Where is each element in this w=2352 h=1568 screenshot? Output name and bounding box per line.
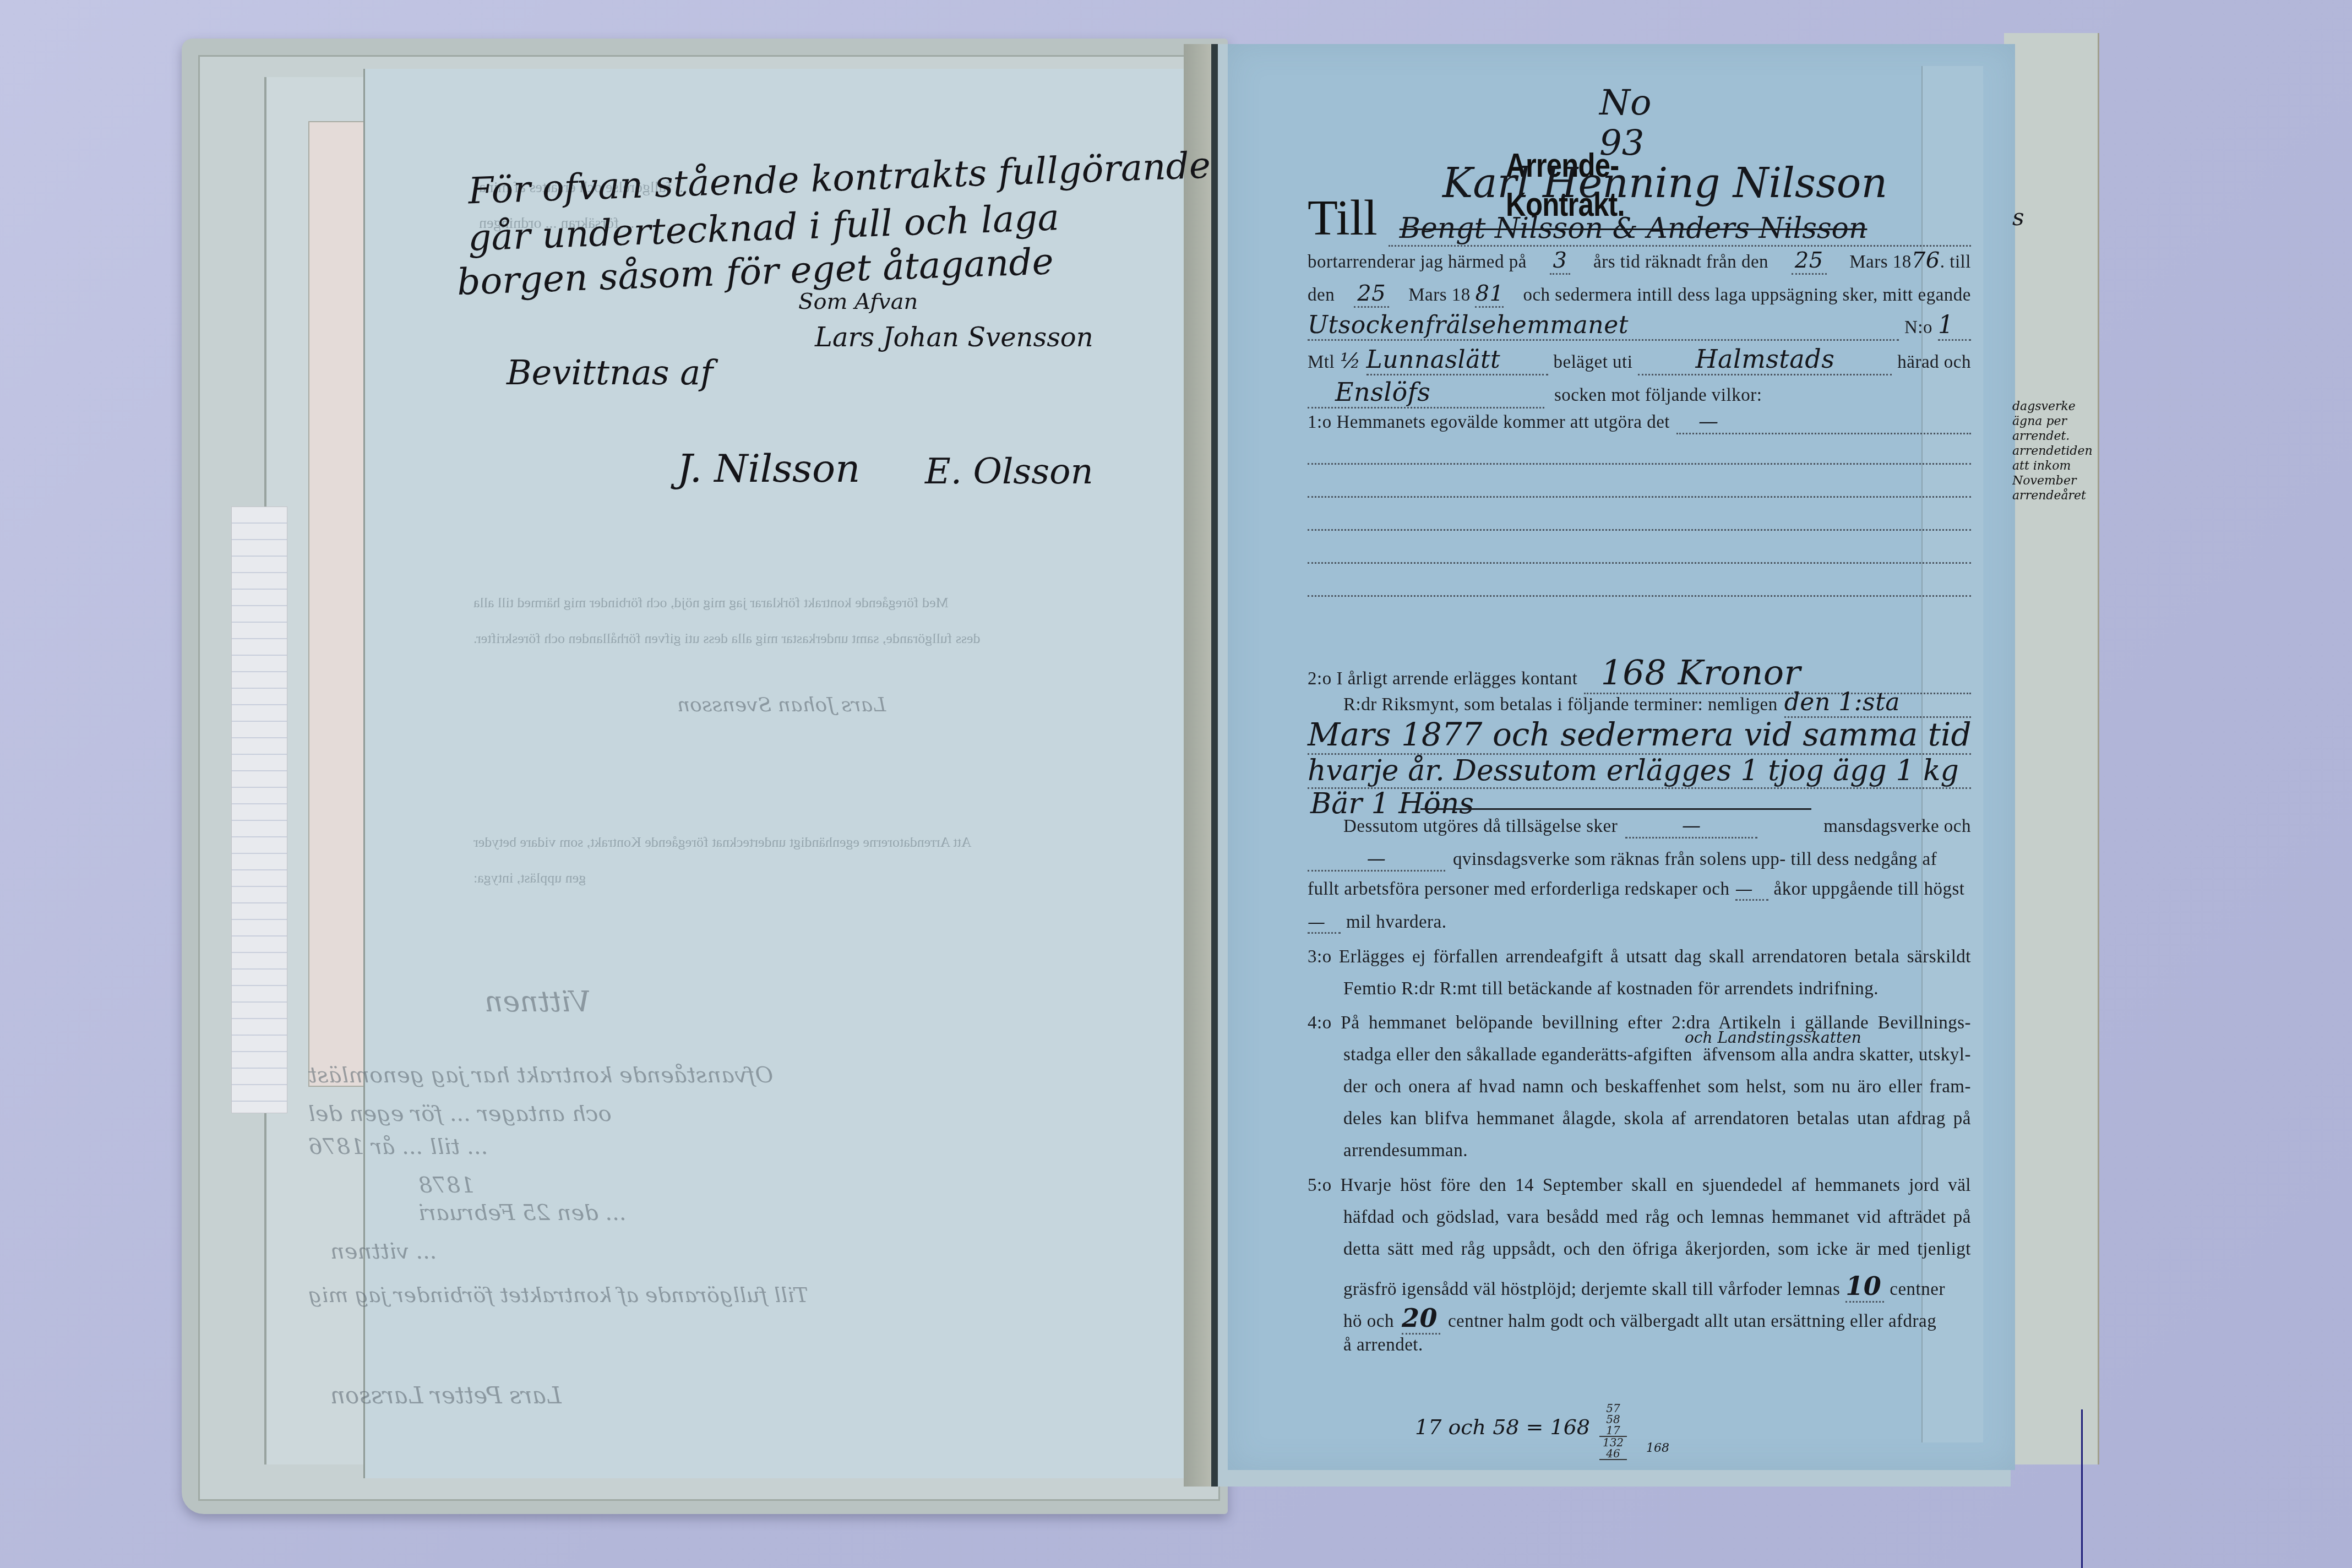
printed-text: och sedermera intill dess laga uppsägnin… <box>1523 285 1971 306</box>
printed-text: stadga eller den såkallade eganderätts-a… <box>1343 1045 1692 1065</box>
printed-text: . till <box>1940 252 1971 272</box>
clause-3: Femtio R:dr R:mt till betäckande af kost… <box>1343 979 1879 999</box>
printed-text: års tid räknadt från den <box>1593 252 1768 273</box>
underlying-page-mark: s <box>2012 204 2024 231</box>
bleed-through-handwriting: ... den 25 Februari <box>418 1200 627 1226</box>
womens-days-value: — <box>1308 848 1445 872</box>
printed-text: centner halm godt och välbergadt allt ut… <box>1448 1311 1936 1332</box>
printed-text: qvinsdagsverke som räknas från solens up… <box>1453 850 1937 870</box>
additional-payment-text: hvarje år. Dessutom erlägges 1 tjog ägg … <box>1308 754 1971 789</box>
sum-value: 17 <box>1599 1425 1627 1437</box>
clause-1: 1:o Hemmanets egovälde kommer att utgöra… <box>1308 410 1971 434</box>
clause-5: detta sätt med råg uppsådt, och den öfri… <box>1343 1239 1971 1260</box>
clause-4: der och onera af hvad namn och beskaffen… <box>1343 1077 1971 1097</box>
lease-period-line: bortarrenderar jag härmed på 3 års tid r… <box>1308 248 1971 275</box>
bleed-through-text: Att Arrendatorerne egenhändigt underteck… <box>473 834 972 851</box>
straw-amount: 20 <box>1402 1303 1440 1335</box>
printed-text: centner <box>1890 1280 1945 1300</box>
harad-name: Halmstads <box>1638 344 1892 375</box>
bleed-through-text: gen uppläst, intyga: <box>473 870 586 886</box>
payment-term-start: den 1:sta <box>1784 688 1971 718</box>
printed-text: mansdagsverke och <box>1823 816 1971 837</box>
fragment-text: att inkom <box>2012 459 2100 473</box>
bleed-through-handwriting: Lars Petter Larsson <box>330 1382 562 1409</box>
printed-text: den <box>1308 285 1335 306</box>
clause-5: 5:o Hvarje höst före den 14 September sk… <box>1308 1175 1971 1196</box>
parish-name: Enslöfs <box>1308 377 1544 409</box>
womens-labour-line: — qvinsdagsverke som räknas från solens … <box>1308 848 1971 872</box>
bleed-through-handwriting: Vittnen <box>484 986 591 1019</box>
distance-value: — <box>1308 911 1341 934</box>
bleed-through-handwriting: Till fullgörande af kontraktet förbinder… <box>308 1283 808 1307</box>
fragment-text: November <box>2012 473 2100 488</box>
printed-text: hö och <box>1343 1311 1394 1332</box>
printed-text: gräsfrö igensådd väl höstplöjd; derjemte… <box>1343 1280 1840 1300</box>
printed-text: åkor uppgående till högst <box>1774 879 1965 900</box>
bleed-through-handwriting: ... vittnen <box>330 1239 437 1264</box>
printed-text: mil hvardera. <box>1346 912 1446 933</box>
location-line: Mtl ½ Lunnaslätt beläget uti Halmstads h… <box>1308 344 1971 375</box>
inserted-paper-slip <box>308 121 371 1087</box>
bleed-through-handwriting: och antager ... för egen del <box>308 1101 612 1126</box>
blank-line <box>1308 496 1971 498</box>
clause-4: stadga eller den såkallade eganderätts-a… <box>1343 1045 1971 1065</box>
carting-line: fullt arbetsföra personer med erforderli… <box>1308 878 1971 901</box>
mantal-fraction: ½ <box>1340 349 1360 373</box>
mens-days-value: — <box>1625 815 1757 839</box>
printed-text: bortarrenderar jag härmed på <box>1308 252 1527 273</box>
clause-5-straw-line: hö och 20 centner halm godt och välberga… <box>1343 1303 1971 1335</box>
witness-label: Bevittnas af <box>507 352 713 393</box>
blank-line <box>1308 562 1971 564</box>
fragment-text: dagsverke <box>2012 399 2100 414</box>
fragment-text: arrendeåret <box>2012 488 2100 503</box>
till-label: Till <box>1308 190 1378 247</box>
inserted-note: och Landstingsskatten <box>1685 1028 1861 1047</box>
fragment-text: arrendetiden <box>2012 444 2100 459</box>
sum-value: 46 <box>1599 1448 1627 1460</box>
clause-4: deles kan blifva hemmanet ålagde, skola … <box>1343 1109 1971 1129</box>
bleed-through-text: dess fullgörande, samt underkastar mig a… <box>473 630 981 647</box>
property-line: Utsockenfrälsehemmanet N:o 1 <box>1308 311 1971 341</box>
binding-thread <box>2081 1409 2083 1568</box>
lease-years: 3 <box>1550 248 1571 275</box>
clause-5: å arrendet. <box>1343 1335 1423 1355</box>
bleed-through-signature: Lars Johan Svensson <box>677 694 886 716</box>
land-area-value: — <box>1676 410 1971 434</box>
end-day: 25 <box>1354 281 1389 308</box>
property-name: Utsockenfrälsehemmanet <box>1308 311 1899 341</box>
printed-text: Dessutom utgöres då tillsägelse sker <box>1343 816 1618 837</box>
farm-name: Lunnaslätt <box>1366 346 1548 375</box>
struck-lessee-name: Bengt Nilsson & Anders Nilsson <box>1389 212 1971 247</box>
end-line-stroke <box>1420 808 1811 810</box>
guarantor-signature: Lars Johan Svensson <box>815 322 1093 353</box>
fragment-text: s <box>2012 204 2024 231</box>
bleed-through-handwriting: ... till ... år 1876 <box>308 1134 488 1159</box>
printed-text: 1:o Hemmanets egovälde kommer att utgöra… <box>1308 412 1670 433</box>
bleed-through-text: Med föregående kontrakt förklarar jag mi… <box>473 595 949 611</box>
pencil-sum-column: 57 58 17 132 46 <box>1599 1403 1627 1460</box>
clause-3: 3:o Erlägges ej förfallen arrendeafgift … <box>1308 947 1971 967</box>
fragment-text: arrendet. <box>2012 429 2100 444</box>
hay-amount: 10 <box>1845 1271 1884 1303</box>
parish-line: Enslöfs socken mot följande vilkor: <box>1308 377 1762 409</box>
right-page-stack <box>2004 33 2099 1464</box>
blank-line <box>1308 595 1971 597</box>
pencil-total: 168 <box>1646 1441 1669 1455</box>
cart-count-value: — <box>1735 878 1768 901</box>
day-labour-line: Dessutom utgöres då tillsägelse sker — m… <box>1343 815 1971 839</box>
lease-end-line: den 25 Mars 18 81 och sedermera intill d… <box>1308 281 1971 308</box>
witness-signature-1: J. Nilsson <box>677 446 860 491</box>
payment-terms-line: R:dr Riksmynt, som betalas i följande te… <box>1343 688 1971 718</box>
signature-role: Som Afvan <box>798 289 918 314</box>
clause-5-hay-line: gräsfrö igensådd väl höstplöjd; derjemte… <box>1343 1271 1971 1303</box>
blank-line <box>1308 462 1971 465</box>
payment-term-text: Mars 1877 och sedermera vid samma tid <box>1308 716 1971 755</box>
pencil-calculation: 17 och 58 = 168 <box>1415 1415 1590 1439</box>
book-spine <box>1184 44 1211 1487</box>
end-year: 81 <box>1475 281 1504 308</box>
printed-text: härad och <box>1897 352 1971 373</box>
sum-value: 57 <box>1599 1403 1627 1414</box>
property-number: 1 <box>1938 311 1971 341</box>
till-line: Till Bengt Nilsson & Anders Nilsson <box>1308 190 1971 247</box>
printed-text: äfvensom alla andra skatter, utskyl- <box>1703 1045 1971 1065</box>
distance-line: — mil hvardera. <box>1308 911 1446 934</box>
blank-line <box>1308 529 1971 531</box>
underlying-page-margin-note: dagsverke ägna per arrendet. arrendetide… <box>2012 399 2100 503</box>
clause-4: 4:o På hemmanet belöpande bevillning eft… <box>1308 1013 1971 1033</box>
printed-text: R:dr Riksmynt, som betalas i följande te… <box>1343 695 1778 715</box>
bleed-through-handwriting: 1878 <box>418 1173 475 1198</box>
printed-text: socken mot följande vilkor: <box>1554 385 1762 406</box>
clause-4: arrendesumman. <box>1343 1141 1468 1161</box>
printed-text: Mtl <box>1308 352 1335 373</box>
printed-text: 2:o I årligt arrende erlägges kontant <box>1308 669 1577 689</box>
fragment-text: ägna per <box>2012 414 2100 429</box>
printed-text: N:o <box>1904 318 1932 338</box>
start-year: 76 <box>1912 248 1940 273</box>
printed-text: Mars 18 <box>1849 252 1912 272</box>
witness-signature-2: E. Olsson <box>925 451 1093 492</box>
spine-gutter <box>1211 44 1218 1487</box>
printed-text: fullt arbetsföra personer med erforderli… <box>1308 879 1730 900</box>
printed-text: Mars 18 <box>1408 285 1471 305</box>
start-day: 25 <box>1792 248 1827 275</box>
printed-text: beläget uti <box>1554 352 1633 373</box>
sum-subtotal: 132 <box>1599 1437 1627 1448</box>
ruled-paper-slip <box>231 507 287 1113</box>
clause-5: häfdad och gödslad, vara besådd med råg … <box>1343 1207 1971 1228</box>
bleed-through-handwriting: Ofvanstående kontrakt har jag genomläst <box>308 1063 773 1088</box>
sum-value: 58 <box>1599 1414 1627 1425</box>
